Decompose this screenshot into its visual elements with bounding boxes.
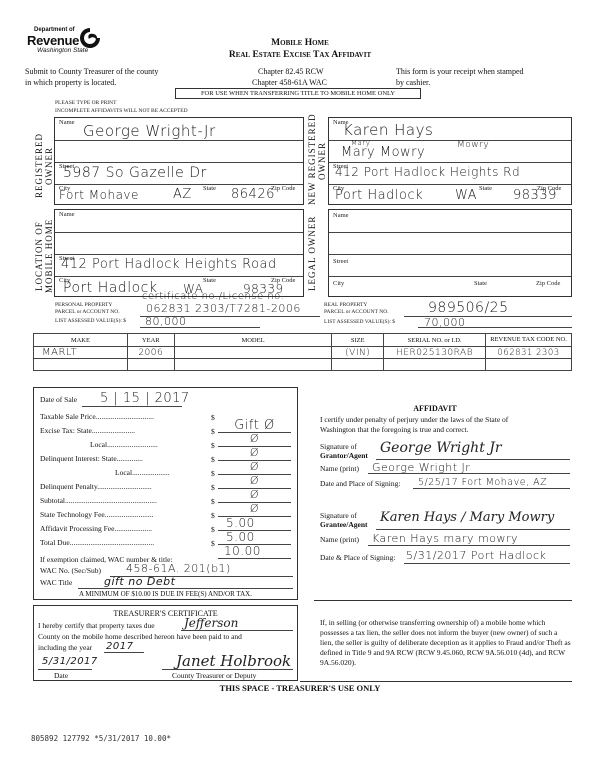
grantee-signature[interactable]: Karen Hays / Mary Mowry	[380, 510, 554, 525]
grantor-date-line	[413, 488, 570, 489]
treasurer-signature-label: County Treasurer or Deputy	[172, 671, 256, 680]
treasurer-year[interactable]: 2017	[106, 641, 133, 652]
receipt-note: This form is your receipt when stamped	[396, 67, 524, 76]
personal-property-annotation: certificate no./License no.	[142, 291, 284, 302]
header-serial: SERIAL NO. or I.D.	[384, 334, 486, 347]
wac-no-value[interactable]: 458-61A. 201(b1)	[126, 562, 231, 575]
real-assessed-label: LIST ASSESSED VALUE(S): $	[324, 319, 395, 325]
personal-parcel-value[interactable]: 062831 2303/T7281-2006	[146, 302, 301, 315]
grantor-date-label: Date and Place of Signing:	[320, 479, 400, 488]
chapter-rcw: Chapter 82.45 RCW	[258, 67, 324, 76]
cell-serial[interactable]: HER025130RAB	[384, 347, 486, 359]
new-owner-street[interactable]: 412 Port Hadlock Heights Rd	[335, 165, 520, 179]
grantee-name-print[interactable]: Karen Hays mary mowry	[372, 532, 518, 545]
delinquent-interest-local-row: Local.................... $ Ø	[40, 468, 291, 482]
table-row	[34, 359, 572, 371]
location-street[interactable]: 412 Port Hadlock Heights Road	[61, 257, 277, 272]
cell-model[interactable]	[174, 359, 332, 371]
treasurer-certificate-box: TREASURER'S CERTIFICATE I hereby certify…	[33, 605, 298, 681]
header-revenue-tax-code: REVENUE TAX CODE NO.	[486, 334, 572, 347]
lien-notice-top-rule	[314, 600, 572, 601]
date-of-sale-value[interactable]: 5 | 15 | 2017	[100, 391, 190, 406]
new-owner-zip[interactable]: 98339	[513, 188, 557, 203]
delinquent-interest-state-row: Delinquent Interest: State..............…	[40, 454, 291, 468]
grantor-name-label: Name (print)	[320, 464, 359, 473]
delinquent-penalty-row: Delinquent Penalty......................…	[40, 482, 291, 496]
cell-year[interactable]	[127, 359, 174, 371]
registered-owner-section-label: REGISTERED OWNER	[34, 122, 56, 210]
registered-owner-state[interactable]: AZ	[173, 187, 192, 202]
location-box: Name Street 412 Port Hadlock Heights Roa…	[54, 209, 304, 297]
new-registered-owner-box: Name Karen Hays Mary Mary Mowry Mowry St…	[328, 117, 572, 205]
affidavit-statement-2: Washington that the foregoing is true an…	[320, 425, 469, 434]
grantee-signature-label: Signature of	[320, 511, 357, 520]
instruction-type-or-print: PLEASE TYPE OR PRINT	[55, 100, 116, 106]
personal-parcel-label: PARCEL or ACCOUNT NO.	[55, 309, 120, 315]
grantee-signature-line	[376, 529, 570, 530]
receipt-note-2: by cashier.	[396, 78, 430, 87]
receipt-stamp: 805892 127792 *5/31/2017 10.00*	[31, 734, 171, 743]
taxable-sale-price-row: Taxable Sale Price......................…	[40, 412, 291, 426]
treasurer-date[interactable]: 5/31/2017	[42, 656, 98, 667]
chapter-wac: Chapter 458-61A WAC	[252, 78, 327, 87]
header-year: YEAR	[127, 334, 174, 347]
table-row: MARLT 2006 (VIN) HER025130RAB 062831 230…	[34, 347, 572, 359]
personal-property-label: PERSONAL PROPERTY	[55, 302, 112, 308]
treasurer-line3: including the year	[38, 643, 92, 652]
new-owner-name[interactable]: Karen Hays	[343, 121, 433, 139]
real-parcel-label: PARCEL or ACCOUNT NO.	[324, 309, 389, 315]
minimum-due-note: A MINIMUM OF $10.00 IS DUE IN FEE(S) AND…	[34, 590, 297, 598]
cell-serial[interactable]	[384, 359, 486, 371]
treasurer-line2: County on the mobile home described here…	[38, 632, 242, 641]
registered-owner-name[interactable]: George Wright-Jr	[83, 122, 216, 140]
form-title-line1: Mobile Home	[0, 38, 600, 48]
total-due-row: Total Due...............................…	[40, 538, 291, 552]
lien-notice-bottom-rule	[300, 681, 572, 682]
new-owner-name-correction: Mowry	[457, 140, 489, 150]
grantee-date-line	[404, 563, 570, 564]
wac-no-label: WAC No. (Sec/Sub)	[40, 566, 101, 575]
grantor-agent-label: Grantor/Agent	[320, 451, 368, 460]
affidavit-statement: I certify under penalty of perjury under…	[320, 415, 508, 424]
grantor-signature-line	[376, 459, 570, 460]
grantee-date-label: Date & Place of Signing:	[320, 553, 395, 562]
date-of-sale-line	[82, 406, 182, 407]
lien-notice: If, in selling (or otherwise transferrin…	[320, 618, 572, 668]
state-technology-fee-row: State Technology Fee....................…	[40, 510, 291, 524]
cell-size[interactable]: (VIN)	[332, 347, 384, 359]
wac-title-value[interactable]: gift no Debt	[104, 575, 175, 588]
excise-local-row: Local........................... $ Ø	[40, 440, 291, 454]
cell-model[interactable]	[174, 347, 332, 359]
grantee-agent-label: Grantee/Agent	[320, 520, 368, 529]
real-assessed-value[interactable]: 70,000	[424, 316, 466, 329]
header-model: MODEL	[174, 334, 332, 347]
tax-calculation-box: Date of Sale 5 | 15 | 2017 Taxable Sale …	[33, 387, 298, 600]
legal-owner-box: Name Street City State Zip Code	[328, 209, 572, 297]
cell-revenue-tax-code[interactable]	[486, 359, 572, 371]
legal-owner-section-label: LEGAL OWNER	[307, 209, 329, 297]
wac-title-line	[78, 588, 293, 589]
mobile-home-table: MAKE YEAR MODEL SIZE SERIAL NO. or I.D. …	[33, 333, 572, 371]
registered-owner-zip[interactable]: 86426	[231, 187, 275, 202]
personal-assessed-value[interactable]: 80,000	[145, 315, 187, 328]
personal-assessed-label: LIST ASSESSED VALUE(S): $	[55, 318, 126, 324]
wac-title-label: WAC Title	[40, 578, 72, 587]
submit-note-2: in which property is located.	[25, 78, 116, 87]
table-header-row: MAKE YEAR MODEL SIZE SERIAL NO. or I.D. …	[34, 334, 572, 347]
registered-owner-street[interactable]: 5987 So Gazelle Dr	[63, 165, 207, 181]
affidavit-title: AFFIDAVIT	[300, 404, 570, 413]
new-registered-owner-section-label: NEW REGISTERED OWNER	[307, 117, 329, 205]
treasurer-certificate-title: TREASURER'S CERTIFICATE	[34, 609, 297, 618]
cell-year[interactable]: 2006	[127, 347, 174, 359]
grantee-date-place[interactable]: 5/31/2017 Port Hadlock	[406, 549, 546, 562]
grantor-name-print[interactable]: George Wright Jr	[372, 461, 470, 474]
treasurer-county[interactable]: Jefferson	[184, 616, 238, 630]
excise-state-row: Excise Tax: State.......................…	[40, 426, 291, 440]
registered-owner-box: Name George Wright-Jr Street 5987 So Gaz…	[54, 117, 304, 205]
header-size: SIZE	[332, 334, 384, 347]
affidavit-processing-fee-row: Affidavit Processing Fee................…	[40, 524, 291, 538]
grantor-signature[interactable]: George Wright Jr	[380, 440, 502, 456]
cell-size[interactable]	[332, 359, 384, 371]
real-parcel-value[interactable]: 989506/25	[428, 300, 508, 316]
real-property-label: REAL PROPERTY	[324, 302, 367, 308]
grantee-name-label: Name (print)	[320, 535, 359, 544]
new-owner-name-line2[interactable]: Mary Mowry	[341, 145, 425, 160]
use-banner: FOR USE WHEN TRANSFERRING TITLE TO MOBIL…	[175, 88, 421, 99]
form-title-line2: Real Estate Excise Tax Affidavit	[0, 50, 600, 60]
cell-make[interactable]: MARLT	[34, 347, 128, 359]
county-line	[181, 630, 293, 631]
total-due-value[interactable]: 10.00	[224, 544, 291, 558]
registered-owner-city[interactable]: Fort Mohave	[59, 188, 139, 202]
cell-make[interactable]	[34, 359, 128, 371]
new-owner-city[interactable]: Port Hadlock	[335, 188, 423, 203]
treasurer-line1: I hereby certify that property taxes due	[38, 621, 155, 630]
header-make: MAKE	[34, 334, 128, 347]
new-owner-state[interactable]: WA	[455, 188, 477, 203]
treasurer-use-banner: THIS SPACE - TREASURER'S USE ONLY	[0, 683, 600, 693]
date-label: Date	[54, 671, 68, 680]
location-section-label: LOCATION OF MOBILE HOME	[34, 210, 56, 302]
treasurer-signature[interactable]: Janet Holbrook	[176, 652, 291, 670]
grantee-name-line	[368, 545, 570, 546]
date-line	[38, 669, 92, 670]
subtotal-row: Subtotal................................…	[40, 496, 291, 510]
cell-revenue-tax-code[interactable]: 062831 2303	[486, 347, 572, 359]
grantor-signature-label: Signature of	[320, 442, 357, 451]
grantor-date-place[interactable]: 5/25/17 Fort Mohave, AZ	[418, 477, 547, 488]
year-line	[104, 652, 144, 653]
instruction-incomplete: INCOMPLETE AFFIDAVITS WILL NOT BE ACCEPT…	[55, 108, 188, 114]
date-of-sale-label: Date of Sale	[40, 395, 77, 404]
submit-note: Submit to County Treasurer of the county	[25, 67, 158, 76]
